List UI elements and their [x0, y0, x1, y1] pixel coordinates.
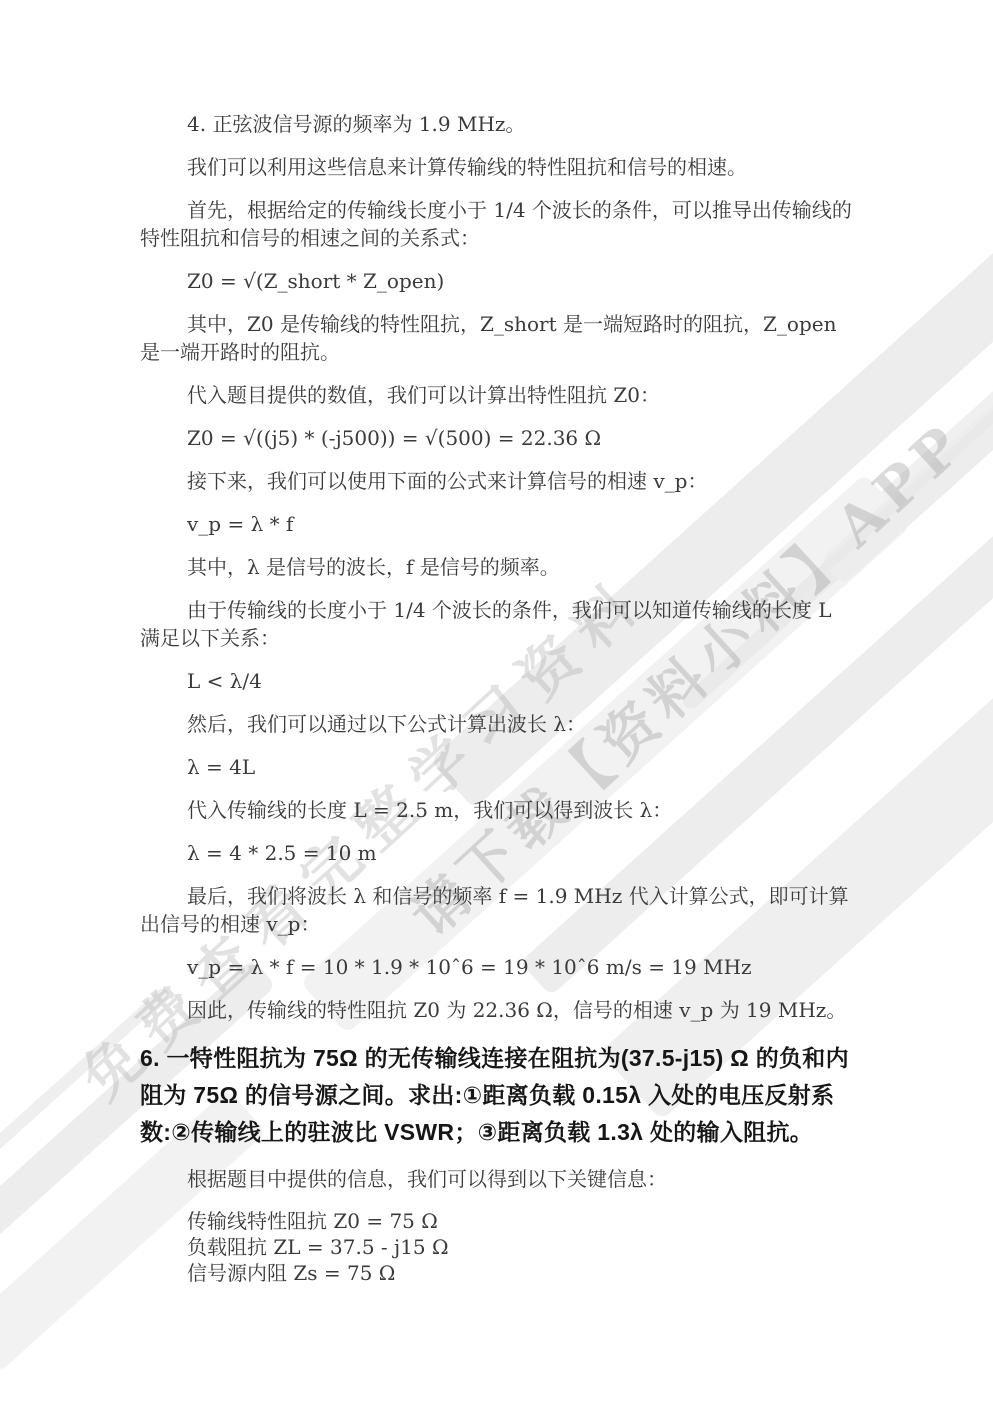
formula-line: v_p = λ * f = 10 * 1.9 * 10ˆ6 = 19 * 10ˆ… — [140, 953, 856, 981]
formula-line: Z0 = √((j5) * (-j500)) = √(500) = 22.36 … — [140, 424, 856, 452]
formula-line: L < λ/4 — [140, 667, 856, 695]
key-info-line: 信号源内阻 Zs = 75 Ω — [140, 1260, 856, 1286]
key-info-group: 传输线特性阻抗 Z0 = 75 Ω负载阻抗 ZL = 37.5 - j15 Ω信… — [140, 1208, 856, 1286]
paragraph: 最后，我们将波长 λ 和信号的频率 f = 1.9 MHz 代入计算公式，即可计… — [140, 882, 856, 938]
formula-line: λ = 4L — [140, 753, 856, 781]
paragraph: 由于传输线的长度小于 1/4 个波长的条件，我们可以知道传输线的长度 L 满足以… — [140, 596, 856, 652]
paragraph: 首先，根据给定的传输线长度小于 1/4 个波长的条件，可以推导出传输线的特性阻抗… — [140, 196, 856, 252]
paragraph: 然后，我们可以通过以下公式计算出波长 λ： — [140, 710, 856, 738]
document-body: 4. 正弦波信号源的频率为 1.9 MHz。我们可以利用这些信息来计算传输线的特… — [140, 110, 856, 1301]
paragraph: 代入传输线的长度 L = 2.5 m，我们可以得到波长 λ： — [140, 796, 856, 824]
key-info-line: 负载阻抗 ZL = 37.5 - j15 Ω — [140, 1234, 856, 1260]
paragraph: 4. 正弦波信号源的频率为 1.9 MHz。 — [140, 110, 856, 138]
paragraph: 其中，Z0 是传输线的特性阻抗，Z_short 是一端短路时的阻抗，Z_open… — [140, 310, 856, 366]
formula-line: Z0 = √(Z_short * Z_open) — [140, 267, 856, 295]
problem-6-heading: 6. 一特性阻抗为 75Ω 的无传输线连接在阻抗为(37.5-j15) Ω 的负… — [140, 1040, 856, 1151]
key-info-line: 传输线特性阻抗 Z0 = 75 Ω — [140, 1208, 856, 1234]
paragraph: 我们可以利用这些信息来计算传输线的特性阻抗和信号的相速。 — [140, 153, 856, 181]
paragraph: 因此，传输线的特性阻抗 Z0 为 22.36 Ω，信号的相速 v_p 为 19 … — [140, 996, 856, 1024]
paragraph: 接下来，我们可以使用下面的公式来计算信号的相速 v_p： — [140, 467, 856, 495]
formula-line: λ = 4 * 2.5 = 10 m — [140, 839, 856, 867]
paragraph: 代入题目提供的数值，我们可以计算出特性阻抗 Z0： — [140, 381, 856, 409]
paragraph: 其中，λ 是信号的波长，f 是信号的频率。 — [140, 553, 856, 581]
paragraph: 根据题目中提供的信息，我们可以得到以下关键信息： — [140, 1165, 856, 1193]
formula-line: v_p = λ * f — [140, 510, 856, 538]
